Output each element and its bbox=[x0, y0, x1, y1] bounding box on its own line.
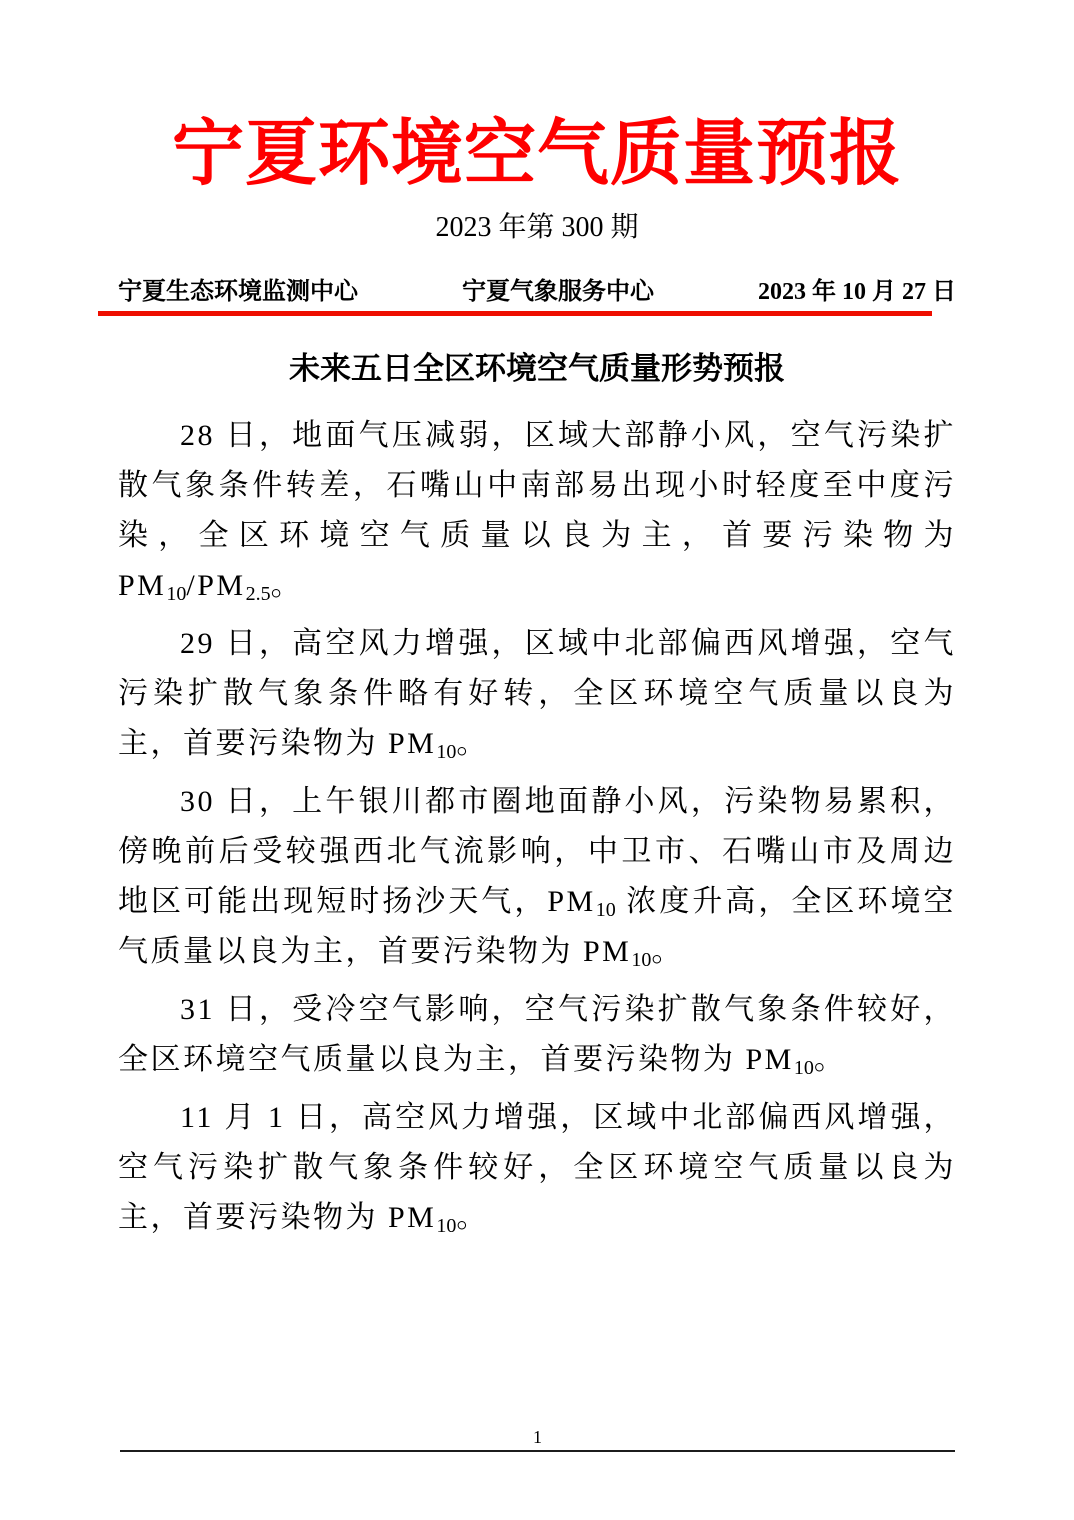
paragraph-text-run: 29 日，高空风力增强，区域中北部偏西风增强，空气污染扩散气象条件略有好转，全区… bbox=[118, 627, 956, 760]
org-monitoring-center: 宁夏生态环境监测中心 bbox=[118, 271, 358, 306]
pollutant-subscript: 10 bbox=[166, 583, 186, 605]
paragraph-text-run: 11 月 1 日，高空风力增强，区域中北部偏西风增强，空气污染扩散气象条件较好，… bbox=[118, 1101, 956, 1234]
pollutant-subscript: 2.5 bbox=[246, 583, 271, 605]
paragraph-text-run: 。 bbox=[271, 569, 304, 602]
pollutant-subscript: 10 bbox=[436, 1215, 456, 1237]
pollutant-subscript: 10 bbox=[631, 949, 651, 971]
paragraph-text-run: 。 bbox=[456, 1201, 489, 1234]
pollutant-subscript: 10 bbox=[794, 1057, 814, 1079]
issue-date: 2023 年 10 月 27 日 bbox=[758, 271, 956, 306]
forecast-paragraph: 28 日，地面气压减弱，区域大部静小风，空气污染扩散气象条件转差，石嘴山中南部易… bbox=[118, 411, 956, 611]
forecast-paragraphs: 28 日，地面气压减弱，区域大部静小风，空气污染扩散气象条件转差，石嘴山中南部易… bbox=[118, 411, 956, 1243]
forecast-paragraph: 11 月 1 日，高空风力增强，区域中北部偏西风增强，空气污染扩散气象条件较好，… bbox=[118, 1093, 956, 1243]
footer-divider-rule bbox=[120, 1450, 955, 1452]
header-org-row: 宁夏生态环境监测中心 宁夏气象服务中心 2023 年 10 月 27 日 bbox=[118, 271, 956, 306]
paragraph-text-run: 。 bbox=[814, 1043, 847, 1076]
pollutant-subscript: 10 bbox=[596, 899, 616, 921]
red-divider-rule bbox=[98, 311, 932, 316]
page-number: 1 bbox=[120, 1424, 955, 1450]
forecast-paragraph: 29 日，高空风力增强，区域中北部偏西风增强，空气污染扩散气象条件略有好转，全区… bbox=[118, 619, 956, 769]
document-title: 宁夏环境空气质量预报 bbox=[118, 0, 956, 197]
forecast-paragraph: 31 日，受冷空气影响，空气污染扩散气象条件较好，全区环境空气质量以良为主，首要… bbox=[118, 985, 956, 1085]
paragraph-text-run: 。 bbox=[456, 727, 489, 760]
forecast-paragraph: 30 日，上午银川都市圈地面静小风，污染物易累积，傍晚前后受较强西北气流影响，中… bbox=[118, 777, 956, 977]
section-heading: 未来五日全区环境空气质量形势预报 bbox=[118, 350, 956, 387]
issue-number-line: 2023 年第 300 期 bbox=[118, 211, 956, 245]
paragraph-text-run: 。 bbox=[651, 935, 684, 968]
page-footer: 1 bbox=[120, 1424, 955, 1452]
pollutant-subscript: 10 bbox=[436, 741, 456, 763]
document-content: 宁夏环境空气质量预报 2023 年第 300 期 宁夏生态环境监测中心 宁夏气象… bbox=[118, 0, 956, 1251]
org-weather-service-center: 宁夏气象服务中心 bbox=[462, 271, 654, 306]
paragraph-text-run: /PM bbox=[186, 569, 245, 602]
document-page: 宁夏环境空气质量预报 2023 年第 300 期 宁夏生态环境监测中心 宁夏气象… bbox=[0, 0, 1074, 1520]
